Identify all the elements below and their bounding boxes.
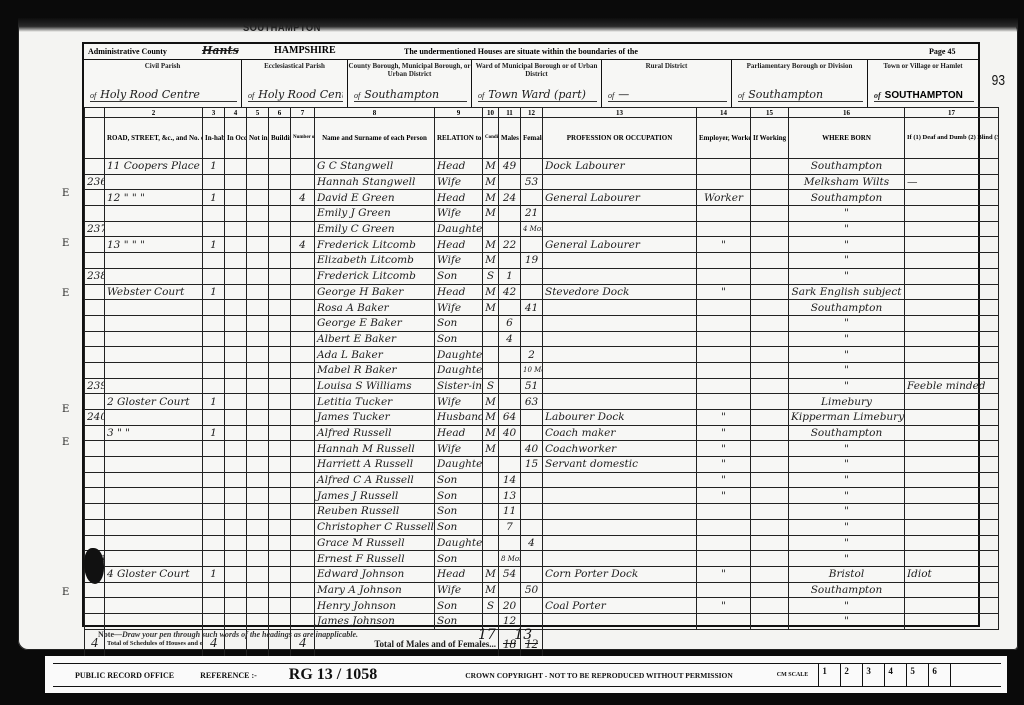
- cell-inhab: [203, 378, 225, 394]
- cell-female: [521, 519, 543, 535]
- cell-home: [751, 159, 789, 175]
- cell-home: [751, 378, 789, 394]
- cell-inhab: 1: [203, 394, 225, 410]
- cell-empty: [247, 378, 269, 394]
- cell-inf: [905, 159, 999, 175]
- cell-empty: [247, 237, 269, 253]
- cell-empty: [247, 190, 269, 206]
- cell-rooms: [291, 378, 315, 394]
- cell-home: [751, 206, 789, 222]
- cell-home: [751, 457, 789, 473]
- cell-home: [751, 582, 789, 598]
- cell-empty: [225, 159, 247, 175]
- cell-empty: [225, 394, 247, 410]
- cell-empty: [225, 488, 247, 504]
- table-row: Christopher C RussellSon7": [85, 519, 999, 535]
- cell-address: [105, 315, 203, 331]
- cell-rel: Son: [435, 488, 483, 504]
- cell-empty: [225, 300, 247, 316]
- cell-rel: Son: [435, 504, 483, 520]
- col-road: ROAD, STREET, &c., and No. or NAME of HO…: [105, 118, 203, 159]
- cell-sched: [85, 582, 105, 598]
- cell-name: Louisa S Williams: [315, 378, 435, 394]
- table-row: Henry JohnsonSonS20Coal Porter"": [85, 598, 999, 614]
- cell-male: 8 Months: [499, 551, 521, 567]
- cell-cond: [483, 315, 499, 331]
- cell-rel: Daughter: [435, 457, 483, 473]
- cell-emp: ": [697, 410, 751, 426]
- cell-born: Southampton: [789, 300, 905, 316]
- cell-inhab: [203, 331, 225, 347]
- cell-occ: [543, 613, 697, 629]
- cell-name: Christopher C Russell: [315, 519, 435, 535]
- cell-empty: [269, 300, 291, 316]
- cell-emp: ": [697, 237, 751, 253]
- form-note: Note—Draw your pen through such words of…: [98, 630, 358, 639]
- cell-inhab: 1: [203, 566, 225, 582]
- cell-inhab: 1: [203, 284, 225, 300]
- cell-occ: [543, 253, 697, 269]
- cell-empty: [247, 159, 269, 175]
- table-row: Ada L BakerDaughter2": [85, 347, 999, 363]
- cell-inf: [905, 425, 999, 441]
- column-number: 4: [225, 108, 247, 118]
- cell-address: [105, 488, 203, 504]
- ink-blot: [84, 548, 104, 584]
- cell-inhab: [203, 598, 225, 614]
- column-number: 7: [291, 108, 315, 118]
- admin-county-label: Administrative County: [88, 47, 167, 56]
- cell-cond: M: [483, 174, 499, 190]
- cell-female: [521, 268, 543, 284]
- cell-born: ": [789, 237, 905, 253]
- cell-address: [105, 206, 203, 222]
- boundary-statement: The undermentioned Houses are situate wi…: [404, 47, 638, 56]
- area-header-row: Civil Parish ofHoly Rood Centre Ecclesia…: [84, 59, 978, 108]
- area-town: Town or Village or Hamlet ofSOUTHAMPTON: [868, 59, 978, 107]
- cell-home: [751, 441, 789, 457]
- cell-inf: [905, 237, 999, 253]
- cell-name: James Tucker: [315, 410, 435, 426]
- cell-empty: [269, 347, 291, 363]
- cell-sched: [85, 457, 105, 473]
- cell-sched: [85, 362, 105, 378]
- cell-inf: [905, 519, 999, 535]
- cell-empty: [225, 519, 247, 535]
- cell-home: [751, 315, 789, 331]
- col-condition: Condition as to Marriage: [483, 118, 499, 159]
- col-females: Females: [521, 118, 543, 159]
- cell-occ: [543, 378, 697, 394]
- cell-name: Frederick Litcomb: [315, 237, 435, 253]
- cell-inf: [905, 488, 999, 504]
- cell-occ: [543, 582, 697, 598]
- cell-male: 13: [499, 488, 521, 504]
- column-number: 9: [435, 108, 483, 118]
- cell-female: 63: [521, 394, 543, 410]
- stamp-top: SOUTHAMPTON: [243, 22, 321, 34]
- cell-inhab: [203, 174, 225, 190]
- cell-sched: [85, 488, 105, 504]
- cell-home: [751, 613, 789, 629]
- cell-male: 4: [499, 331, 521, 347]
- cell-emp: [697, 613, 751, 629]
- cell-male: [499, 300, 521, 316]
- cell-address: [105, 268, 203, 284]
- cell-sched: [85, 253, 105, 269]
- census-rows: 11 Coopers Place1G C StangwellHeadM49Doc…: [85, 159, 999, 630]
- cell-empty: [225, 174, 247, 190]
- cell-address: [105, 551, 203, 567]
- cell-female: 41: [521, 300, 543, 316]
- area-county-borough: County Borough, Municipal Borough, or Ur…: [348, 59, 472, 107]
- cell-rel: Son: [435, 268, 483, 284]
- cell-address: [105, 582, 203, 598]
- cell-empty: [247, 425, 269, 441]
- cell-male: 7: [499, 519, 521, 535]
- cell-inhab: [203, 315, 225, 331]
- cell-rooms: [291, 535, 315, 551]
- margin-mark: E: [62, 404, 69, 415]
- cell-sched: [85, 425, 105, 441]
- cell-rooms: [291, 519, 315, 535]
- cell-empty: [247, 566, 269, 582]
- cell-cond: [483, 457, 499, 473]
- cell-empty: [247, 268, 269, 284]
- table-row: Alfred C A RussellSon14"": [85, 472, 999, 488]
- cell-sched: 239: [85, 378, 105, 394]
- cell-empty: [225, 441, 247, 457]
- cell-rel: Sister-in-law: [435, 378, 483, 394]
- cell-emp: [697, 253, 751, 269]
- cell-male: [499, 253, 521, 269]
- cell-born: ": [789, 519, 905, 535]
- cell-cond: [483, 331, 499, 347]
- cell-sched: [85, 347, 105, 363]
- cell-empty: [247, 613, 269, 629]
- cell-female: 15: [521, 457, 543, 473]
- cell-empty: [269, 410, 291, 426]
- cell-empty: [225, 566, 247, 582]
- cell-inf: [905, 315, 999, 331]
- cell-female: 53: [521, 174, 543, 190]
- cell-emp: [697, 331, 751, 347]
- cell-born: Southampton: [789, 190, 905, 206]
- cell-emp: [697, 519, 751, 535]
- cell-empty: [269, 237, 291, 253]
- cell-born: Sark English subject: [789, 284, 905, 300]
- cell-sched: [85, 613, 105, 629]
- cell-empty: [225, 237, 247, 253]
- cell-rooms: 4: [291, 190, 315, 206]
- cell-sched: 240: [85, 410, 105, 426]
- cell-inf: [905, 457, 999, 473]
- cell-home: [751, 425, 789, 441]
- cell-address: [105, 457, 203, 473]
- column-number: 2: [105, 108, 203, 118]
- table-row: 12 " " "14David E GreenHeadM24General La…: [85, 190, 999, 206]
- col-infirmity: If (1) Deaf and Dumb (2) Blind (3) Lunat…: [905, 118, 999, 159]
- cell-inhab: 1: [203, 425, 225, 441]
- cell-rel: Son: [435, 613, 483, 629]
- cell-emp: ": [697, 566, 751, 582]
- cell-inf: [905, 221, 999, 237]
- col-at-home: If Working at Home: [751, 118, 789, 159]
- cell-name: Ernest F Russell: [315, 551, 435, 567]
- cell-home: [751, 300, 789, 316]
- cell-name: Reuben Russell: [315, 504, 435, 520]
- cell-emp: ": [697, 598, 751, 614]
- cell-address: 11 Coopers Place: [105, 159, 203, 175]
- cell-empty: [247, 472, 269, 488]
- cell-address: [105, 174, 203, 190]
- cell-rel: Son: [435, 315, 483, 331]
- col-males: Males: [499, 118, 521, 159]
- cell-female: [521, 190, 543, 206]
- cell-born: ": [789, 206, 905, 222]
- cell-empty: [247, 284, 269, 300]
- cell-born: ": [789, 488, 905, 504]
- table-row: Emily J GreenWifeM21": [85, 206, 999, 222]
- cell-empty: [225, 613, 247, 629]
- table-row: Grace M RussellDaughter4": [85, 535, 999, 551]
- form-header: Administrative County Hants HAMPSHIRE Th…: [84, 44, 978, 60]
- footer-copyright: CROWN COPYRIGHT - NOT TO BE REPRODUCED W…: [465, 671, 733, 680]
- cell-empty: [247, 457, 269, 473]
- cell-cond: M: [483, 300, 499, 316]
- cell-empty: [247, 504, 269, 520]
- cell-rel: Wife: [435, 394, 483, 410]
- cell-occ: [543, 347, 697, 363]
- cell-born: ": [789, 221, 905, 237]
- column-number: 16: [789, 108, 905, 118]
- table-row: Mabel R BakerDaughter10 Months": [85, 362, 999, 378]
- cell-emp: [697, 378, 751, 394]
- cell-empty: [225, 410, 247, 426]
- cell-address: [105, 362, 203, 378]
- cell-cond: M: [483, 410, 499, 426]
- cell-emp: [697, 300, 751, 316]
- cell-male: [499, 347, 521, 363]
- cell-occ: [543, 504, 697, 520]
- cell-female: [521, 159, 543, 175]
- cell-name: Harriett A Russell: [315, 457, 435, 473]
- table-row: 2 Gloster Court1Letitia TuckerWifeM63Lim…: [85, 394, 999, 410]
- cell-rel: Wife: [435, 174, 483, 190]
- cell-empty: [269, 472, 291, 488]
- cell-born: Limebury: [789, 394, 905, 410]
- column-header-row: ROAD, STREET, &c., and No. or NAME of HO…: [85, 118, 999, 159]
- cell-female: 21: [521, 206, 543, 222]
- census-table: 234567891011121314151617 ROAD, STREET, &…: [84, 107, 999, 659]
- column-number: 13: [543, 108, 697, 118]
- margin-mark: E: [62, 437, 69, 448]
- cell-name: Alfred C A Russell: [315, 472, 435, 488]
- cm-scale: 123456: [818, 664, 994, 686]
- cell-empty: [225, 268, 247, 284]
- cell-occ: [543, 472, 697, 488]
- cell-emp: Worker: [697, 190, 751, 206]
- col-building: Building: [269, 118, 291, 159]
- cell-emp: [697, 206, 751, 222]
- cell-sched: [85, 504, 105, 520]
- cell-home: [751, 410, 789, 426]
- cell-home: [751, 347, 789, 363]
- cell-name: Henry Johnson: [315, 598, 435, 614]
- area-ward: Ward of Municipal Borough or of Urban Di…: [472, 59, 602, 107]
- cell-rooms: [291, 410, 315, 426]
- table-row: 11 Coopers Place1G C StangwellHeadM49Doc…: [85, 159, 999, 175]
- cell-home: [751, 174, 789, 190]
- cell-male: 14: [499, 472, 521, 488]
- cell-empty: [225, 582, 247, 598]
- cell-address: 12 " " ": [105, 190, 203, 206]
- cell-female: [521, 598, 543, 614]
- cell-inhab: 1: [203, 237, 225, 253]
- cell-inf: [905, 504, 999, 520]
- cell-rel: Son: [435, 519, 483, 535]
- cell-occ: [543, 535, 697, 551]
- cell-empty: [269, 190, 291, 206]
- cell-occ: Dock Labourer: [543, 159, 697, 175]
- cell-cond: [483, 472, 499, 488]
- cell-emp: [697, 535, 751, 551]
- col-where-born: WHERE BORN: [789, 118, 905, 159]
- col-occupation: PROFESSION OR OCCUPATION: [543, 118, 697, 159]
- cell-emp: ": [697, 472, 751, 488]
- cell-rel: Wife: [435, 582, 483, 598]
- margin-mark: E: [62, 238, 69, 249]
- cell-inhab: [203, 457, 225, 473]
- cell-rooms: [291, 206, 315, 222]
- cell-empty: [269, 174, 291, 190]
- cell-empty: [225, 347, 247, 363]
- cell-inhab: [203, 472, 225, 488]
- cell-born: ": [789, 268, 905, 284]
- cell-cond: M: [483, 190, 499, 206]
- cell-inhab: [203, 613, 225, 629]
- cell-inf: [905, 535, 999, 551]
- col-name: Name and Surname of each Person: [315, 118, 435, 159]
- cell-sched: [85, 519, 105, 535]
- cell-empty: [225, 221, 247, 237]
- cell-rooms: [291, 598, 315, 614]
- table-row: Reuben RussellSon11": [85, 504, 999, 520]
- cell-name: Edward Johnson: [315, 566, 435, 582]
- cell-male: [499, 174, 521, 190]
- cell-empty: [225, 190, 247, 206]
- scale-cell: [950, 664, 994, 686]
- cell-rel: Wife: [435, 206, 483, 222]
- cell-sched: [85, 300, 105, 316]
- cell-male: 42: [499, 284, 521, 300]
- cell-home: [751, 551, 789, 567]
- cell-home: [751, 519, 789, 535]
- cell-rooms: [291, 253, 315, 269]
- cell-rel: Son: [435, 551, 483, 567]
- cell-sched: [85, 315, 105, 331]
- table-row: Albert E BakerSon4": [85, 331, 999, 347]
- cell-rel: Wife: [435, 300, 483, 316]
- cell-empty: [269, 221, 291, 237]
- cell-rooms: [291, 159, 315, 175]
- table-row: Hannah M RussellWifeM40Coachworker"": [85, 441, 999, 457]
- cell-male: [499, 362, 521, 378]
- cell-inf: [905, 551, 999, 567]
- cell-empty: [269, 159, 291, 175]
- cell-rel: Head: [435, 237, 483, 253]
- footer-office: PUBLIC RECORD OFFICE: [75, 671, 174, 680]
- cell-inhab: [203, 551, 225, 567]
- cell-address: [105, 331, 203, 347]
- cell-rooms: [291, 504, 315, 520]
- cell-male: [499, 457, 521, 473]
- cell-name: G C Stangwell: [315, 159, 435, 175]
- cell-rooms: [291, 284, 315, 300]
- scale-cell: 3: [862, 664, 884, 686]
- cell-rel: Son: [435, 472, 483, 488]
- cell-cond: M: [483, 582, 499, 598]
- cell-male: [499, 535, 521, 551]
- cell-inhab: [203, 347, 225, 363]
- cell-inf: Feeble minded: [905, 378, 999, 394]
- cell-inhab: [203, 362, 225, 378]
- cell-empty: [269, 613, 291, 629]
- scan-shadow: [18, 18, 1018, 32]
- cell-male: 22: [499, 237, 521, 253]
- cell-sched: [85, 394, 105, 410]
- cell-born: ": [789, 378, 905, 394]
- cell-rooms: [291, 551, 315, 567]
- cell-born: Southampton: [789, 159, 905, 175]
- cell-rel: Head: [435, 566, 483, 582]
- cell-emp: [697, 315, 751, 331]
- cell-male: 6: [499, 315, 521, 331]
- cell-empty: [269, 598, 291, 614]
- cell-empty: [247, 221, 269, 237]
- cell-address: [105, 535, 203, 551]
- cell-empty: [247, 535, 269, 551]
- column-number: 14: [697, 108, 751, 118]
- cell-name: Alfred Russell: [315, 425, 435, 441]
- cell-male: 20: [499, 598, 521, 614]
- area-parliamentary-borough: Parliamentary Borough or Division ofSout…: [732, 59, 868, 107]
- cell-sched: [85, 190, 105, 206]
- cell-female: [521, 488, 543, 504]
- cell-empty: [225, 598, 247, 614]
- cell-empty: [225, 253, 247, 269]
- cell-name: Mabel R Baker: [315, 362, 435, 378]
- cell-rel: Wife: [435, 441, 483, 457]
- cell-emp: [697, 268, 751, 284]
- table-row: 13 " " "14Frederick LitcombHeadM22Genera…: [85, 237, 999, 253]
- cell-male: [499, 378, 521, 394]
- area-rural-district: Rural District of—: [602, 59, 732, 107]
- table-row: 3 " "1Alfred RussellHeadM40Coach maker"S…: [85, 425, 999, 441]
- column-number: 6: [269, 108, 291, 118]
- cell-rel: Wife: [435, 253, 483, 269]
- cell-rooms: [291, 300, 315, 316]
- cell-male: 11: [499, 504, 521, 520]
- cell-empty: [269, 253, 291, 269]
- cell-emp: ": [697, 441, 751, 457]
- cell-female: [521, 566, 543, 582]
- cell-inf: [905, 472, 999, 488]
- cell-born: ": [789, 253, 905, 269]
- table-row: 236Hannah StangwellWifeM53Melksham Wilts…: [85, 174, 999, 190]
- table-row: Harriett A RussellDaughter15Servant dome…: [85, 457, 999, 473]
- cell-emp: [697, 504, 751, 520]
